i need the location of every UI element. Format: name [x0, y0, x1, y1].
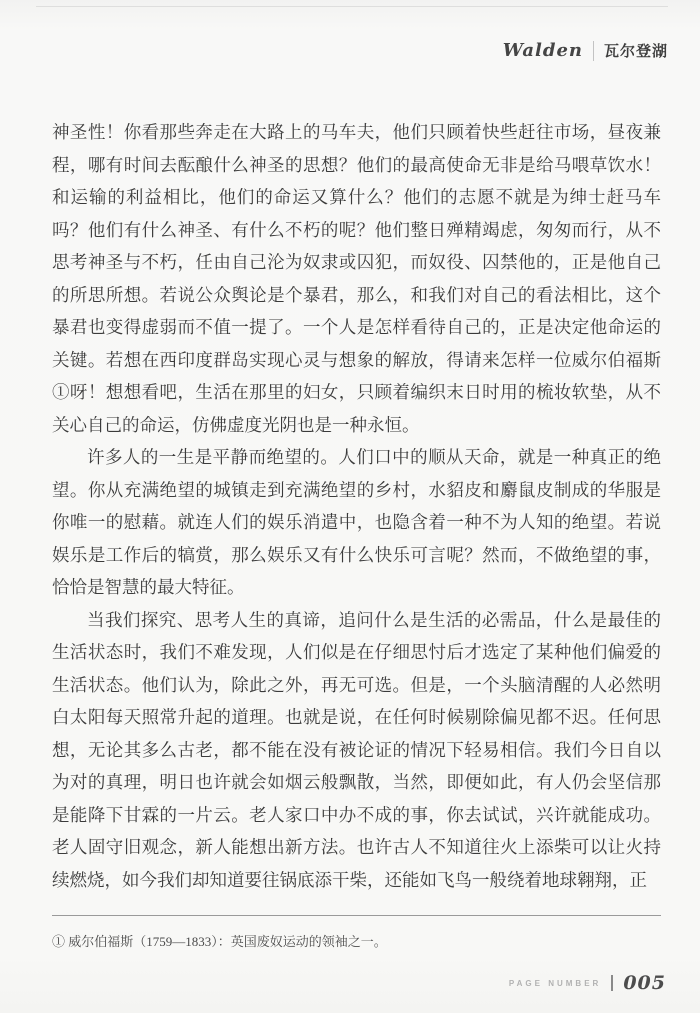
header-divider [593, 41, 594, 61]
body-text: 神圣性！你看那些奔走在大路上的马车夫，他们只顾着快些赶往市场，昼夜兼程，哪有时间… [52, 116, 661, 896]
paragraph-3: 当我们探究、思考人生的真谛，追问什么是生活的必需品，什么是最佳的生活状态时，我们… [52, 604, 661, 897]
book-title-chinese: 瓦尔登湖 [604, 40, 668, 61]
page-header: Walden 瓦尔登湖 [503, 40, 668, 61]
book-title-english: Walden [503, 40, 583, 61]
footer-divider [611, 975, 613, 991]
page-number-label: PAGE NUMBER [509, 979, 601, 988]
paragraph-1: 神圣性！你看那些奔走在大路上的马车夫，他们只顾着快些赶往市场，昼夜兼程，哪有时间… [52, 116, 661, 441]
footnote: ① 威尔伯福斯（1759—1833）：英国废奴运动的领袖之一。 [52, 932, 661, 952]
page-top-edge [36, 6, 668, 7]
page-footer: PAGE NUMBER 005 [509, 972, 666, 994]
footnote-rule [52, 915, 661, 916]
page-number: 005 [623, 972, 666, 994]
paragraph-2: 许多人的一生是平静而绝望的。人们口中的顺从天命，就是一种真正的绝望。你从充满绝望… [52, 441, 661, 604]
